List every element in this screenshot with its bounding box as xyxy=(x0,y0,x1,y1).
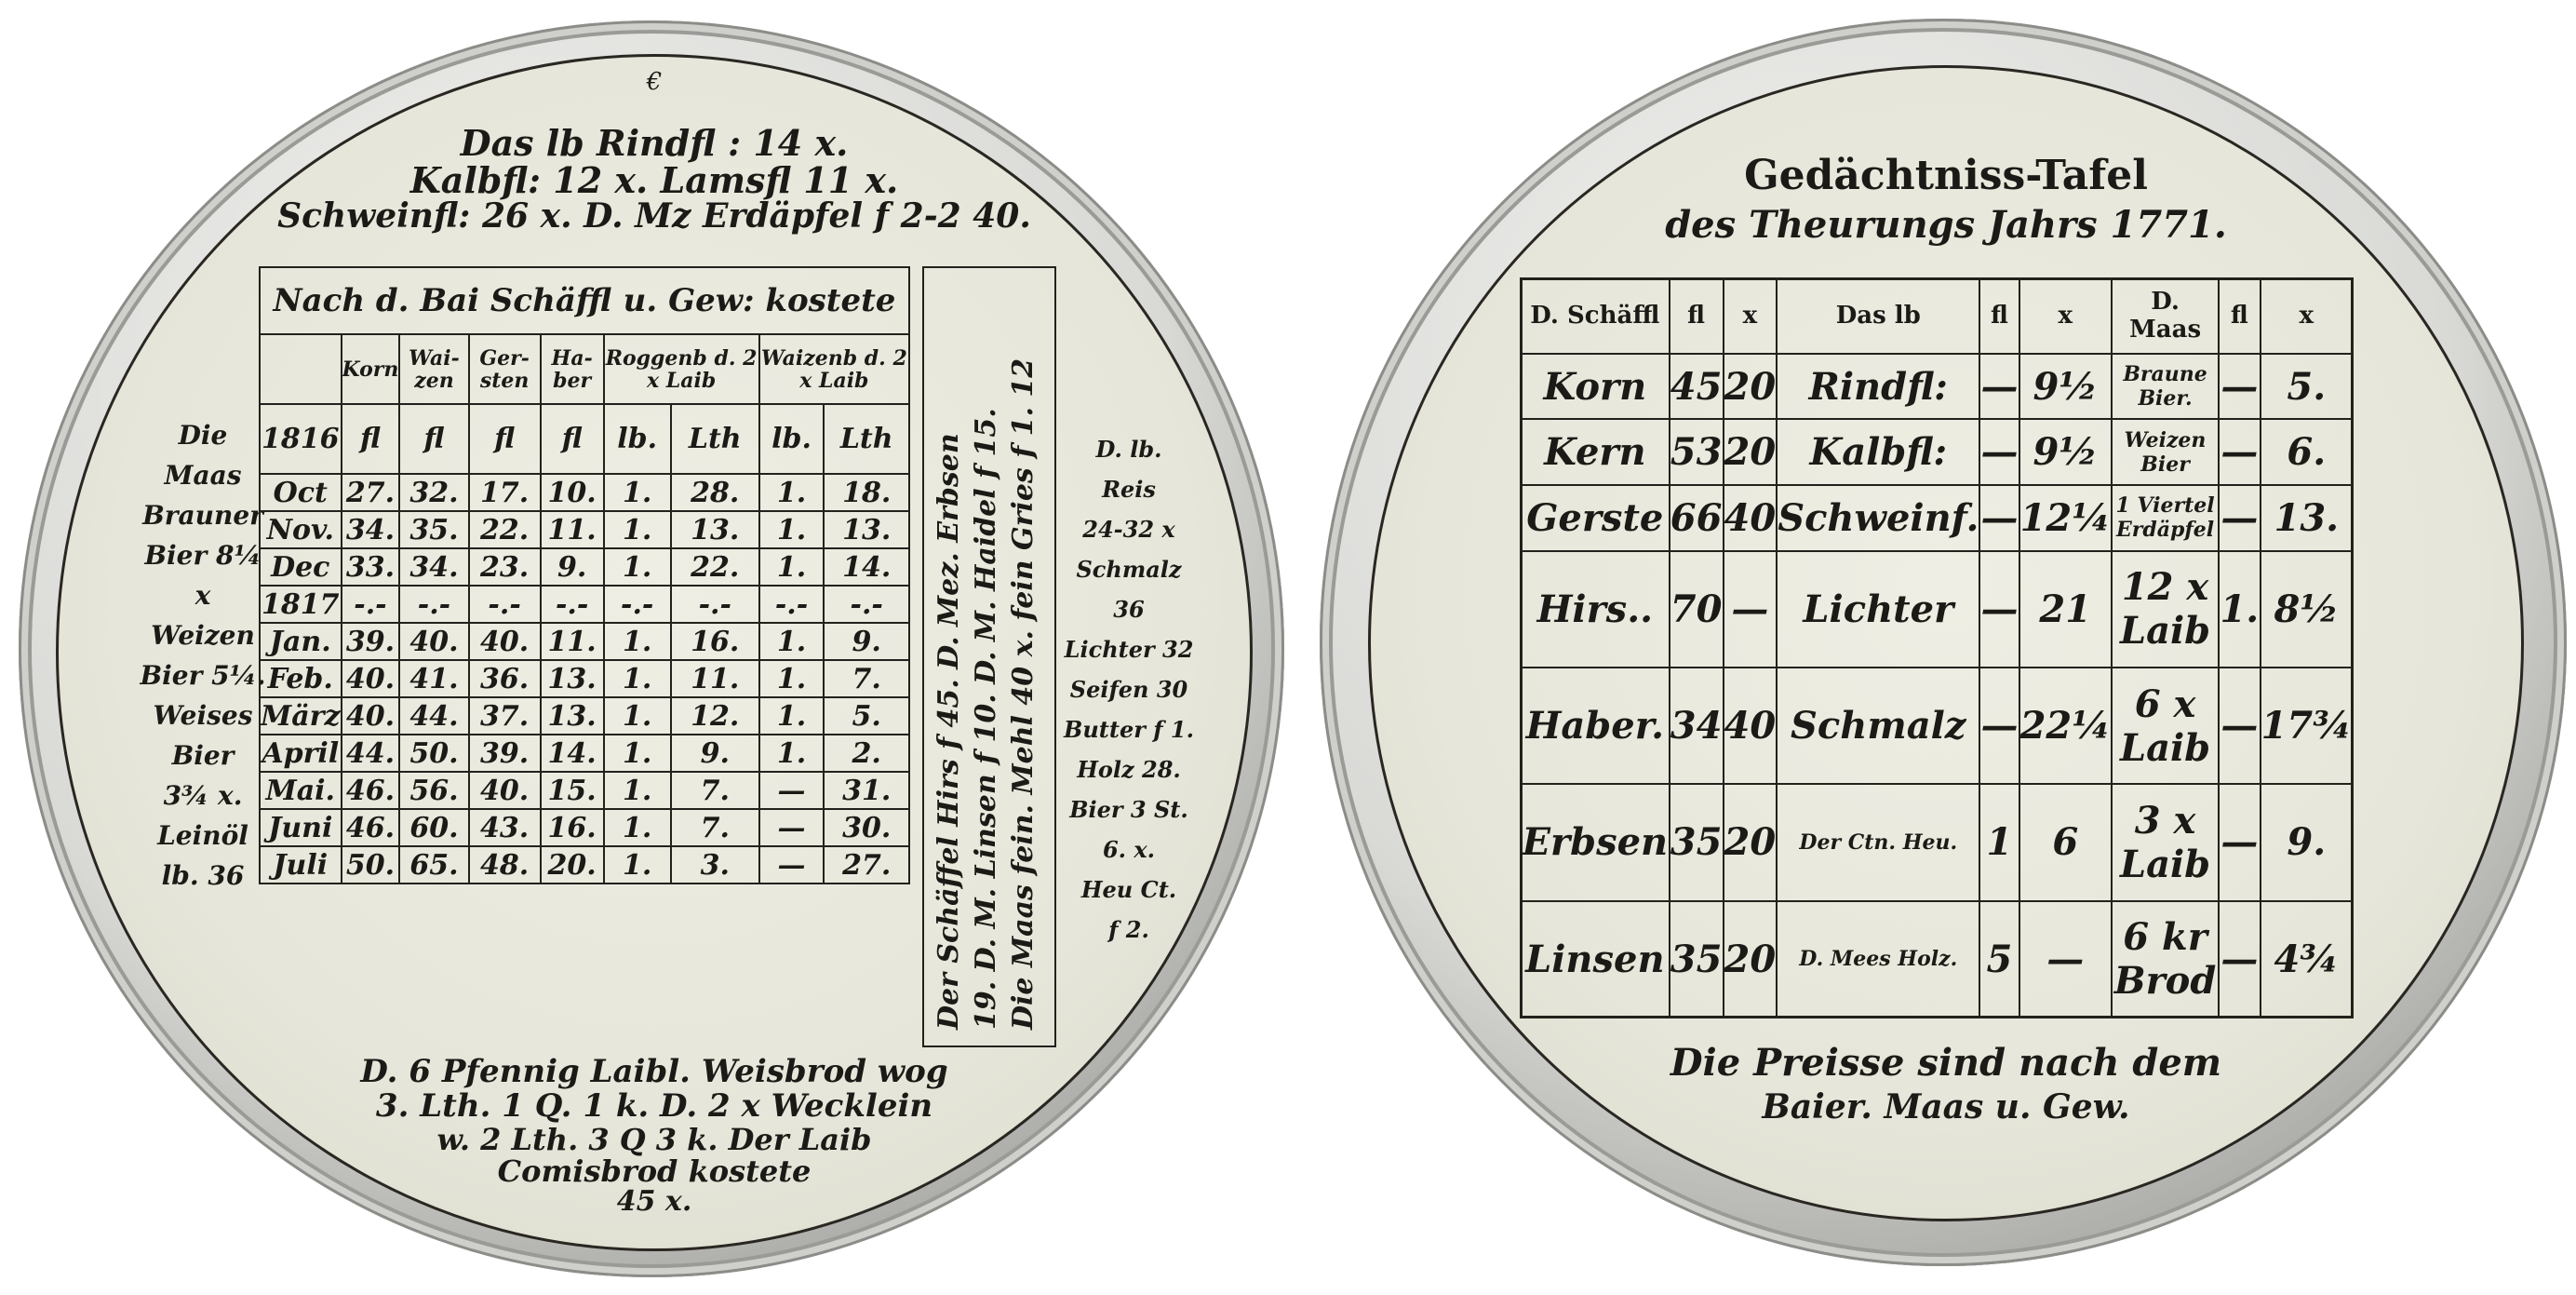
price-cell: 40. xyxy=(342,660,400,697)
right-col-item: D. lb. xyxy=(1064,429,1194,469)
grain-name: Hirs.. xyxy=(1521,551,1670,668)
grain-name: Korn xyxy=(1521,354,1670,420)
price-cell: 31. xyxy=(824,772,909,809)
price-cell: 2. xyxy=(824,735,909,772)
price-cell: 46. xyxy=(342,809,400,846)
goods-name: Der Ctn. Heu. xyxy=(1777,784,1979,900)
table-row: Korn4520Rindfl:—9½Braune Bier.—5. xyxy=(1521,354,2353,420)
price-cell: 1. xyxy=(759,548,825,586)
grain-name: Erbsen xyxy=(1521,784,1670,900)
price-cell: 1. xyxy=(604,846,671,884)
price-cell: 50. xyxy=(399,735,468,772)
price-cell: 1. xyxy=(604,735,671,772)
table-row: Gerste6640Schweinf.—12¼1 Viertel Erdäpfe… xyxy=(1521,485,2353,551)
vertical-line-1: Der Schäffel Hirs f 45. D. Mez. Erbsen xyxy=(933,433,965,1030)
price-cell: 40. xyxy=(469,623,541,660)
price-cell: -.- xyxy=(604,586,671,623)
price-cell: 39. xyxy=(469,735,541,772)
price-cell: 27. xyxy=(824,846,909,884)
price-cell: 20. xyxy=(541,846,604,884)
month-cell: März xyxy=(260,697,342,735)
goods-price: 5 xyxy=(1979,901,2019,1018)
header-das-lb: Das lb xyxy=(1777,278,1979,354)
table-row: Kern5320Kalbfl:—9½Weizen Bier—6. xyxy=(1521,419,2353,485)
unit-cell: fl xyxy=(399,404,468,474)
month-cell: Juli xyxy=(260,846,342,884)
goods-price: — xyxy=(1979,485,2019,551)
price-cell: 1. xyxy=(759,697,825,735)
grain-price: 40 xyxy=(1724,485,1778,551)
price-cell: -.- xyxy=(824,586,909,623)
right-medal-paper: Gedächtniss-Tafel des Theurungs Jahrs 17… xyxy=(1368,65,2524,1221)
left-medal-paper: € Das lb Rindfl : 14 x. Kalbfl: 12 x. La… xyxy=(56,54,1253,1251)
price-cell: 65. xyxy=(399,846,468,884)
left-col-item: Weises xyxy=(133,695,273,735)
left-margin-column: Die Maas Brauner Bier 8¼ x Weizen Bier 5… xyxy=(133,415,273,896)
table-row: Juni46.60.43.16.1.7.—30. xyxy=(260,809,909,846)
grain-price: 35 xyxy=(1670,901,1724,1018)
price-cell: 41. xyxy=(399,660,468,697)
goods-name: Schmalz xyxy=(1777,668,1979,784)
right-col-item: Reis xyxy=(1064,469,1194,509)
price-cell: -.- xyxy=(759,586,825,623)
price-cell: 1. xyxy=(759,474,825,511)
goods-price: 9½ xyxy=(2019,419,2112,485)
goods-price: 1 xyxy=(1979,784,2019,900)
unit-cell: Lth xyxy=(824,404,909,474)
price-cell: 1. xyxy=(759,660,825,697)
goods-name: Rindfl: xyxy=(1777,354,1979,420)
header-schaeffl: D. Schäffl xyxy=(1521,278,1670,354)
price-cell: 15. xyxy=(541,772,604,809)
right-col-item: Schmalz 36 xyxy=(1064,549,1194,629)
price-cell: 23. xyxy=(469,548,541,586)
price-cell: 11. xyxy=(671,660,759,697)
medal-subtitle: des Theurungs Jahrs 1771. xyxy=(1594,203,2298,247)
medal-title: Gedächtniss-Tafel xyxy=(1650,152,2242,199)
price-cell: -.- xyxy=(541,586,604,623)
bread-name: 6 x Laib xyxy=(2112,668,2219,784)
price-cell: 40. xyxy=(469,772,541,809)
goods-price: — xyxy=(1979,354,2019,420)
price-table-1771: D. Schäffl fl x Das lb fl x D. Maas fl x… xyxy=(1520,277,2354,1018)
left-col-item: Bier 8¼ x xyxy=(133,535,273,615)
price-cell: 11. xyxy=(541,623,604,660)
month-cell: Oct xyxy=(260,474,342,511)
grain-price: 20 xyxy=(1724,419,1778,485)
price-cell: 34. xyxy=(342,511,400,548)
header-fl: fl xyxy=(2219,278,2260,354)
price-cell: 1. xyxy=(604,697,671,735)
col-header: Waizenb d. 2 x Laib xyxy=(759,334,909,404)
header-line-3: Schweinfl: 26 x. D. Mz Erdäpfel f 2-2 40… xyxy=(245,196,1064,236)
right-col-item: Holz 28. xyxy=(1064,749,1194,789)
bread-weight: — xyxy=(2219,668,2260,784)
left-col-item: Maas xyxy=(133,455,273,495)
table-row: Nov.34.35.22.11.1.13.1.13. xyxy=(260,511,909,548)
price-cell: 35. xyxy=(399,511,468,548)
price-cell: 40. xyxy=(342,697,400,735)
price-cell: 36. xyxy=(469,660,541,697)
month-cell: Nov. xyxy=(260,511,342,548)
bread-weight: 17¾ xyxy=(2261,668,2353,784)
price-cell: 60. xyxy=(399,809,468,846)
header-x: x xyxy=(2261,278,2353,354)
grain-price: 40 xyxy=(1724,668,1778,784)
grain-price: 20 xyxy=(1724,901,1778,1018)
goods-price: 6 xyxy=(2019,784,2112,900)
bread-weight: 8½ xyxy=(2261,551,2353,668)
month-cell: Mai. xyxy=(260,772,342,809)
price-cell: 7. xyxy=(671,809,759,846)
price-cell: 50. xyxy=(342,846,400,884)
goods-price: — xyxy=(1979,419,2019,485)
goods-price: — xyxy=(1979,551,2019,668)
bread-weight: 1. xyxy=(2219,551,2260,668)
table-row: Linsen3520D. Mees Holz.5—6 kr Brod—4¾ xyxy=(1521,901,2353,1018)
maas-price: — xyxy=(2219,354,2260,420)
footer-line-2: 3. Lth. 1 Q. 1 k. D. 2 x Wecklein xyxy=(282,1087,1026,1125)
month-cell: Jan. xyxy=(260,623,342,660)
right-col-item: 24-32 x xyxy=(1064,509,1194,549)
price-cell: 13. xyxy=(541,697,604,735)
price-cell: 44. xyxy=(342,735,400,772)
right-col-item: 6. x. xyxy=(1064,830,1194,870)
right-col-item: Heu Ct. xyxy=(1064,870,1194,910)
grain-price: 70 xyxy=(1670,551,1724,668)
price-cell: 13. xyxy=(824,511,909,548)
month-cell: Feb. xyxy=(260,660,342,697)
price-cell: 3. xyxy=(671,846,759,884)
maas-price: 5. xyxy=(2261,354,2353,420)
maas-price: — xyxy=(2219,485,2260,551)
price-cell: 56. xyxy=(399,772,468,809)
grain-price: 35 xyxy=(1670,784,1724,900)
price-cell: 5. xyxy=(824,697,909,735)
month-cell: April xyxy=(260,735,342,772)
bread-weight: 4¾ xyxy=(2261,901,2353,1018)
price-cell: 9. xyxy=(824,623,909,660)
table-row: Erbsen3520Der Ctn. Heu.163 x Laib—9. xyxy=(1521,784,2353,900)
unit-cell: Lth xyxy=(671,404,759,474)
maas-name: Weizen Bier xyxy=(2112,419,2219,485)
unit-cell: fl xyxy=(469,404,541,474)
maas-price: — xyxy=(2219,419,2260,485)
price-cell: 1. xyxy=(759,511,825,548)
bread-name: 6 kr Brod xyxy=(2112,901,2219,1018)
price-cell: 13. xyxy=(541,660,604,697)
right-margin-column: D. lb. Reis 24-32 x Schmalz 36 Lichter 3… xyxy=(1064,429,1194,950)
col-header: Ha-ber xyxy=(541,334,604,404)
price-cell: 14. xyxy=(824,548,909,586)
price-cell: 1. xyxy=(604,660,671,697)
goods-name: Kalbfl: xyxy=(1777,419,1979,485)
price-cell: 44. xyxy=(399,697,468,735)
grain-price: 34 xyxy=(1670,668,1724,784)
price-cell: -.- xyxy=(469,586,541,623)
footer-line-3: w. 2 Lth. 3 Q 3 k. Der Laib xyxy=(282,1122,1026,1157)
price-cell: 17. xyxy=(469,474,541,511)
goods-name: Lichter xyxy=(1777,551,1979,668)
header-x: x xyxy=(2019,278,2112,354)
price-cell: 7. xyxy=(671,772,759,809)
price-cell: 46. xyxy=(342,772,400,809)
price-cell: 32. xyxy=(399,474,468,511)
col-header: Ger-sten xyxy=(469,334,541,404)
price-cell: 37. xyxy=(469,697,541,735)
price-cell: 1. xyxy=(759,623,825,660)
price-cell: 1. xyxy=(604,474,671,511)
table-row: Hirs..70—Lichter—2112 x Laib1.8½ xyxy=(1521,551,2353,668)
col-header: Roggenb d. 2 x Laib xyxy=(604,334,759,404)
footer-line-5: 45 x. xyxy=(282,1185,1026,1218)
unit-cell: lb. xyxy=(759,404,825,474)
price-cell: 14. xyxy=(541,735,604,772)
price-cell: 9. xyxy=(541,548,604,586)
month-cell: 1817 xyxy=(260,586,342,623)
left-col-item: Die xyxy=(133,415,273,455)
medal-footer-2: Baier. Maas u. Gew. xyxy=(1557,1087,2335,1126)
grain-price: 66 xyxy=(1670,485,1724,551)
price-cell: -.- xyxy=(671,586,759,623)
price-cell: 22. xyxy=(671,548,759,586)
table-row: April44.50.39.14.1.9.1.2. xyxy=(260,735,909,772)
table-row: Oct27.32.17.10.1.28.1.18. xyxy=(260,474,909,511)
price-cell: 1. xyxy=(604,772,671,809)
maas-name: Braune Bier. xyxy=(2112,354,2219,420)
top-mark: € xyxy=(626,68,682,96)
goods-price: 12¼ xyxy=(2019,485,2112,551)
price-cell: 48. xyxy=(469,846,541,884)
price-cell: 12. xyxy=(671,697,759,735)
right-col-item: f 2. xyxy=(1064,910,1194,950)
price-cell: 7. xyxy=(824,660,909,697)
left-col-item: Bier 5¼. xyxy=(133,655,273,695)
maas-name: 1 Viertel Erdäpfel xyxy=(2112,485,2219,551)
left-col-item: 3¾ x. xyxy=(133,776,273,816)
grain-price: 20 xyxy=(1724,354,1778,420)
right-col-item: Bier 3 St. xyxy=(1064,789,1194,830)
table-title: Nach d. Bai Schäffl u. Gew: kostete xyxy=(260,267,909,334)
table-row: Juli50.65.48.20.1.3.—27. xyxy=(260,846,909,884)
price-cell: -.- xyxy=(342,586,400,623)
price-cell: — xyxy=(759,846,825,884)
price-cell: 30. xyxy=(824,809,909,846)
table-row: März40.44.37.13.1.12.1.5. xyxy=(260,697,909,735)
table-row: Haber.3440Schmalz—22¼6 x Laib—17¾ xyxy=(1521,668,2353,784)
bread-weight: 9. xyxy=(2261,784,2353,900)
medal-footer-1: Die Preisse sind nach dem xyxy=(1557,1041,2335,1085)
footer-line-1: D. 6 Pfennig Laibl. Weisbrod wog xyxy=(282,1053,1026,1090)
vertical-line-2: 19. D. M. Linsen f 10. D. M. Haidel f 15… xyxy=(971,408,1002,1030)
table-row: Feb.40.41.36.13.1.11.1.7. xyxy=(260,660,909,697)
price-cell: 39. xyxy=(342,623,400,660)
goods-name: Schweinf. xyxy=(1777,485,1979,551)
col-header xyxy=(260,334,342,404)
goods-price: 9½ xyxy=(2019,354,2112,420)
right-col-item: Lichter 32 xyxy=(1064,629,1194,669)
price-cell: 27. xyxy=(342,474,400,511)
bread-weight: — xyxy=(2219,784,2260,900)
price-cell: 22. xyxy=(469,511,541,548)
price-cell: 1. xyxy=(604,548,671,586)
grain-price: 45 xyxy=(1670,354,1724,420)
left-col-item: Bier xyxy=(133,735,273,776)
unit-cell: 1816 xyxy=(260,404,342,474)
bread-name: 12 x Laib xyxy=(2112,551,2219,668)
goods-price: 22¼ xyxy=(2019,668,2112,784)
price-cell: 9. xyxy=(671,735,759,772)
price-cell: — xyxy=(759,772,825,809)
price-cell: 11. xyxy=(541,511,604,548)
header-line-1: Das lb Rindfl : 14 x. xyxy=(282,122,1026,164)
right-col-item: Butter f 1. xyxy=(1064,709,1194,749)
goods-price: 21 xyxy=(2019,551,2112,668)
header-fl: fl xyxy=(1670,278,1724,354)
col-header: Korn xyxy=(342,334,400,404)
grain-price: 53 xyxy=(1670,419,1724,485)
month-cell: Dec xyxy=(260,548,342,586)
price-cell: 33. xyxy=(342,548,400,586)
price-cell: 1. xyxy=(759,735,825,772)
price-cell: 16. xyxy=(541,809,604,846)
left-col-item: Leinöl xyxy=(133,816,273,856)
right-col-item: Seifen 30 xyxy=(1064,669,1194,709)
table-row: 1817-.--.--.--.--.--.--.--.- xyxy=(260,586,909,623)
grain-price: 20 xyxy=(1724,784,1778,900)
header-maas: D. Maas xyxy=(2112,278,2219,354)
month-cell: Juni xyxy=(260,809,342,846)
price-cell: -.- xyxy=(399,586,468,623)
table-row: Jan.39.40.40.11.1.16.1.9. xyxy=(260,623,909,660)
unit-cell: lb. xyxy=(604,404,671,474)
price-cell: 16. xyxy=(671,623,759,660)
header-fl: fl xyxy=(1979,278,2019,354)
maas-price: 13. xyxy=(2261,485,2353,551)
header-line-2: Kalbfl: 12 x. Lamsfl 11 x. xyxy=(282,159,1026,201)
goods-name: D. Mees Holz. xyxy=(1777,901,1979,1018)
grain-name: Kern xyxy=(1521,419,1670,485)
price-cell: 1. xyxy=(604,623,671,660)
footer-line-4: Comisbrod kostete xyxy=(282,1153,1026,1189)
price-cell: 18. xyxy=(824,474,909,511)
maas-price: 6. xyxy=(2261,419,2353,485)
left-col-item: lb. 36 xyxy=(133,856,273,896)
price-cell: 28. xyxy=(671,474,759,511)
price-cell: 43. xyxy=(469,809,541,846)
left-col-item: Weizen xyxy=(133,615,273,655)
unit-cell: fl xyxy=(541,404,604,474)
vertical-line-3: Die Maas fein. Mehl 40 x. fein Gries f 1… xyxy=(1008,358,1040,1030)
goods-price: — xyxy=(2019,901,2112,1018)
grain-price: — xyxy=(1724,551,1778,668)
unit-cell: fl xyxy=(342,404,400,474)
price-cell: 13. xyxy=(671,511,759,548)
grain-name: Linsen xyxy=(1521,901,1670,1018)
bread-name: 3 x Laib xyxy=(2112,784,2219,900)
goods-price: — xyxy=(1979,668,2019,784)
price-table-1816-1817: Nach d. Bai Schäffl u. Gew: kostete Korn… xyxy=(259,266,910,884)
price-cell: — xyxy=(759,809,825,846)
table-row: Dec33.34.23.9.1.22.1.14. xyxy=(260,548,909,586)
price-cell: 1. xyxy=(604,809,671,846)
left-col-item: Brauner xyxy=(133,495,273,535)
price-cell: 10. xyxy=(541,474,604,511)
bread-weight: — xyxy=(2219,901,2260,1018)
price-cell: 34. xyxy=(399,548,468,586)
price-cell: 1. xyxy=(604,511,671,548)
col-header: Wai-zen xyxy=(399,334,468,404)
table-row: Mai.46.56.40.15.1.7.—31. xyxy=(260,772,909,809)
grain-name: Haber. xyxy=(1521,668,1670,784)
header-x: x xyxy=(1724,278,1778,354)
price-cell: 40. xyxy=(399,623,468,660)
grain-name: Gerste xyxy=(1521,485,1670,551)
